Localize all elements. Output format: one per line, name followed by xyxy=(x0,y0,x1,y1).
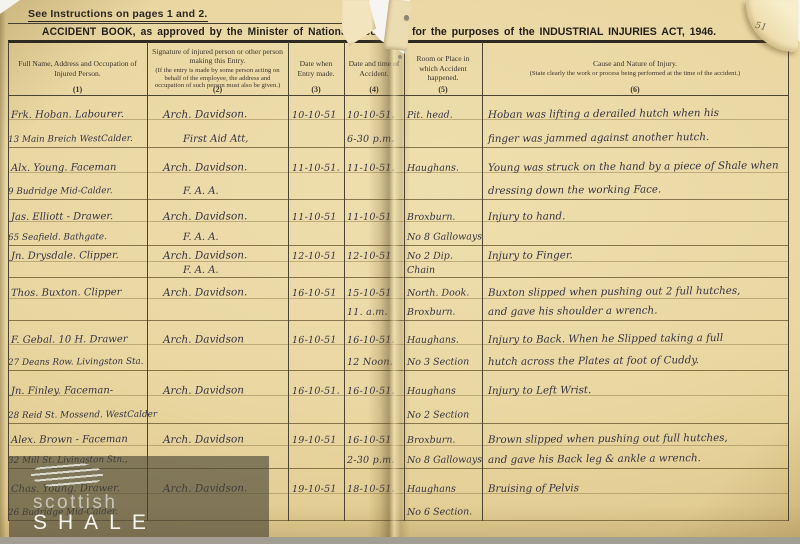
handwritten-sig: Arch. Davidson. xyxy=(163,249,248,262)
column-number: (5) xyxy=(404,85,482,94)
cell-cause: Young was struck on the hand by a piece … xyxy=(482,148,788,199)
handwritten-name: 28 Reid St. Mossend. WestCalder xyxy=(8,410,157,421)
cell-sig: Arch. Davidson.First Aid Att, xyxy=(147,95,288,147)
column-header-place: Room or Place in which Accident happened… xyxy=(404,42,482,95)
cell-sig: Arch. Davidson xyxy=(147,321,288,370)
handwritten-sig: Arch. Davidson. xyxy=(163,210,248,223)
scanned-accident-book-page: See Instructions on pages 1 and 2. ACCID… xyxy=(0,0,800,544)
column-number: (1) xyxy=(8,85,147,94)
handwritten-cause: and gave his shoulder a wrench. xyxy=(488,305,658,318)
column-label: Cause and Nature of Injury. xyxy=(593,59,677,68)
handwritten-cause: Hoban was lifting a derailed hutch when … xyxy=(488,107,719,121)
handwritten-sig: F. A. A. xyxy=(183,264,219,275)
handwritten-place: No 6 Section. xyxy=(407,506,472,518)
handwritten-cause: Injury to Finger. xyxy=(488,249,573,262)
paper-sheet: See Instructions on pages 1 and 2. ACCID… xyxy=(0,0,800,537)
scan-corner-top-left xyxy=(0,0,20,14)
staple-hole xyxy=(404,15,409,20)
handwritten-place: Broxburn. xyxy=(407,435,456,446)
handwritten-entry: 19-10-51 xyxy=(292,435,337,446)
handwritten-entry: 11-10-51 xyxy=(292,211,337,222)
handwritten-place: Haughans xyxy=(407,386,456,397)
handwritten-place: No 8 Galloways xyxy=(407,455,482,467)
cell-entry: 19-10-51 xyxy=(288,424,344,468)
cell-sig: Arch. Davidson xyxy=(147,371,288,423)
book-fold-crease xyxy=(368,0,410,537)
cell-place: Pit. head. xyxy=(404,95,482,147)
watermark-text-shale: SHALE xyxy=(33,511,157,535)
handwritten-cause: Young was struck on the hand by a piece … xyxy=(488,159,779,174)
handwritten-sig: Arch. Davidson xyxy=(163,433,244,446)
handwritten-cause: finger was jammed against another hutch. xyxy=(488,131,709,145)
column-label: Date when Entry made. xyxy=(291,59,341,78)
handwritten-cause: and gave his Back leg & ankle a wrench. xyxy=(488,452,701,466)
handwritten-sig: First Aid Att, xyxy=(183,133,249,145)
handwritten-cause: dressing down the working Face. xyxy=(488,183,661,197)
column-header-entry: Date when Entry made.(3) xyxy=(288,42,344,95)
cell-name: Jn. Drysdale. Clipper. xyxy=(8,246,147,277)
handwritten-name: 9 Budridge Mid-Calder. xyxy=(8,186,113,197)
column-label: Signature of injured person or other per… xyxy=(150,47,285,66)
handwritten-name: 13 Main Breich WestCalder. xyxy=(8,134,133,145)
handwritten-place: No 2 Dip. xyxy=(407,250,453,261)
handwritten-name: 27 Deans Row. Livingston Sta. xyxy=(8,357,144,368)
cell-place: Broxburn.No 8 Galloways xyxy=(404,424,482,468)
cell-entry: 16-10-51. xyxy=(288,371,344,423)
handwritten-sig: Arch. Davidson. xyxy=(163,108,248,121)
handwritten-name: Jn. Drysdale. Clipper. xyxy=(11,250,119,262)
handwritten-cause: Injury to Back. When he Slipped taking a… xyxy=(488,331,723,345)
handwritten-place: Haughans xyxy=(407,483,456,494)
column-header-sig: Signature of injured person or other per… xyxy=(147,42,288,95)
column-border xyxy=(482,42,483,521)
cell-place: Broxburn.No 8 Galloways xyxy=(404,200,482,245)
cell-sig: Arch. Davidson.F. A. A. xyxy=(147,200,288,245)
handwritten-sig: F. A. A. xyxy=(183,186,219,197)
page-title-left: ACCIDENT BOOK, as approved by the Minist… xyxy=(42,26,349,38)
column-header-name: Full Name, Address and Occupation of Inj… xyxy=(8,42,147,95)
column-border xyxy=(788,42,789,521)
shale-logo-icon xyxy=(31,462,103,488)
handwritten-cause: Brown slipped when pushing out full hutc… xyxy=(488,432,728,446)
handwritten-cause: Injury to Left Wrist. xyxy=(488,384,591,397)
handwritten-name: Alex. Brown - Faceman xyxy=(11,434,128,446)
column-border xyxy=(147,42,148,521)
handwritten-entry: 16-10-51 xyxy=(292,288,337,299)
handwritten-cause: Buxton slipped when pushing out 2 full h… xyxy=(488,285,741,299)
handwritten-sig: Arch. Davidson. xyxy=(163,286,248,299)
column-number: (3) xyxy=(288,85,344,94)
cell-name: Frk. Hoban. Labourer.13 Main Breich West… xyxy=(8,95,147,147)
cell-place: Haughans. xyxy=(404,148,482,199)
handwritten-entry: 16-10-51. xyxy=(292,386,340,397)
cell-name: Jas. Elliott - Drawer.65 Seafield. Bathg… xyxy=(8,200,147,245)
column-sublabel: (State clearly the work or process being… xyxy=(530,70,741,78)
cell-sig: Arch. Davidson. xyxy=(147,278,288,320)
cell-entry: 16-10-51 xyxy=(288,321,344,370)
cell-cause: Hoban was lifting a derailed hutch when … xyxy=(482,95,788,147)
handwritten-name: Frk. Hoban. Labourer. xyxy=(11,109,124,121)
column-header-cause: Cause and Nature of Injury.(State clearl… xyxy=(482,42,788,95)
cell-cause: Injury to Back. When he Slipped taking a… xyxy=(482,321,788,370)
column-label: Full Name, Address and Occupation of Inj… xyxy=(11,59,144,78)
staple-hole-small xyxy=(398,55,402,59)
cell-entry: 10-10-51 xyxy=(288,95,344,147)
cell-cause: Bruising of Pelvis xyxy=(482,469,788,520)
handwritten-name: Thos. Buxton. Clipper xyxy=(11,287,122,299)
column-border xyxy=(288,42,289,521)
cell-place: No 2 Dip.Chain xyxy=(404,246,482,277)
handwritten-place: Broxburn. xyxy=(407,211,456,222)
handwritten-name: 65 Seafield. Bathgate. xyxy=(8,232,107,243)
handwritten-place: No 3 Section xyxy=(407,357,469,369)
cell-entry: 11-10-51. xyxy=(288,148,344,199)
handwritten-place: No 8 Galloways xyxy=(407,232,482,244)
cell-entry: 19-10-51 xyxy=(288,469,344,520)
handwritten-place: No 2 Section xyxy=(407,409,469,421)
handwritten-entry: 19-10-51 xyxy=(292,483,337,494)
handwritten-sig: Arch. Davidson xyxy=(163,333,244,346)
cell-place: HaughansNo 2 Section xyxy=(404,371,482,423)
scottish-shale-watermark: scottish SHALE xyxy=(9,456,269,537)
paper-left-edge xyxy=(0,0,6,537)
column-label: Room or Place in which Accident happened… xyxy=(407,54,479,82)
cell-sig: Arch. Davidson.F. A. A. xyxy=(147,148,288,199)
handwritten-place: Pit. head. xyxy=(407,110,453,121)
cell-cause: Injury to hand. xyxy=(482,200,788,245)
handwritten-cause: hutch across the Plates at foot of Cuddy… xyxy=(488,354,699,368)
cell-place: North. Dook.Broxburn. xyxy=(404,278,482,320)
handwritten-entry: 12-10-51 xyxy=(292,250,337,261)
header-top-rule xyxy=(8,23,371,24)
handwritten-name: Alx. Young. Faceman xyxy=(11,162,117,174)
instructions-note: See Instructions on pages 1 and 2. xyxy=(28,8,208,22)
handwritten-cause: Bruising of Pelvis xyxy=(488,482,579,495)
column-number: (6) xyxy=(482,85,788,94)
cell-place: HaughansNo 6 Section. xyxy=(404,469,482,520)
cell-place: Haughans.No 3 Section xyxy=(404,321,482,370)
cell-name: Jn. Finley. Faceman-28 Reid St. Mossend.… xyxy=(8,371,147,423)
handwritten-place: Haughans. xyxy=(407,334,459,345)
cell-entry: 16-10-51 xyxy=(288,278,344,320)
column-number: (2) xyxy=(147,85,288,94)
handwritten-entry: 11-10-51. xyxy=(292,162,340,173)
handwritten-cause: Injury to hand. xyxy=(488,210,566,223)
cell-name: Thos. Buxton. Clipper xyxy=(8,278,147,320)
handwritten-entry: 10-10-51 xyxy=(292,110,337,121)
handwritten-place: Haughans. xyxy=(407,162,459,173)
cell-cause: Injury to Finger. xyxy=(482,246,788,277)
cell-entry: 11-10-51 xyxy=(288,200,344,245)
handwritten-sig: Arch. Davidson xyxy=(163,384,244,397)
handwritten-place: Chain xyxy=(407,265,435,276)
handwritten-place: North. Dook. xyxy=(407,287,469,299)
column-border xyxy=(8,42,9,521)
handwritten-entry: 16-10-51 xyxy=(292,334,337,345)
handwritten-name: F. Gebal. 10 H. Drawer xyxy=(11,333,128,345)
cell-entry: 12-10-51 xyxy=(288,246,344,277)
handwritten-name: Jn. Finley. Faceman- xyxy=(11,385,113,397)
cell-cause: Brown slipped when pushing out full hutc… xyxy=(482,424,788,468)
cell-cause: Buxton slipped when pushing out 2 full h… xyxy=(482,278,788,320)
cell-sig: Arch. Davidson.F. A. A. xyxy=(147,246,288,277)
cell-name: Alx. Young. Faceman9 Budridge Mid-Calder… xyxy=(8,148,147,199)
handwritten-place: Broxburn. xyxy=(407,307,456,318)
page-title-right: for the purposes of the INDUSTRIAL INJUR… xyxy=(412,26,758,38)
handwritten-name: Jas. Elliott - Drawer. xyxy=(11,211,113,223)
handwritten-sig: F. A. A. xyxy=(183,232,219,243)
handwritten-sig: Arch. Davidson. xyxy=(163,161,248,174)
cell-name: F. Gebal. 10 H. Drawer27 Deans Row. Livi… xyxy=(8,321,147,370)
cell-cause: Injury to Left Wrist. xyxy=(482,371,788,423)
column-border xyxy=(344,42,345,521)
scan-background-strip xyxy=(0,537,800,544)
